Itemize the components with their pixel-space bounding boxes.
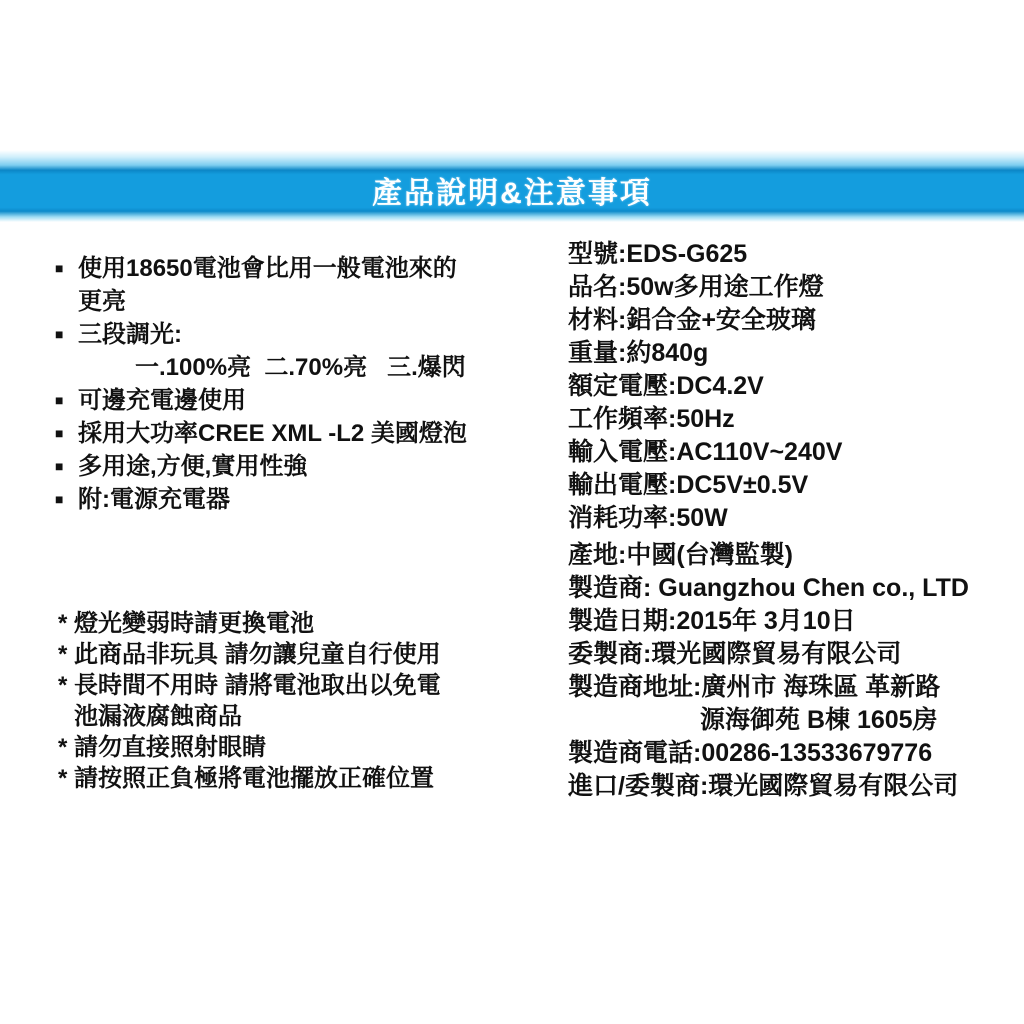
bullet-square-icon: ■ [55,450,78,483]
spec-mfg-date: 製造日期:2015年 3月10日 [568,605,1018,638]
list-item: * 請按照正負極將電池擺放正確位置 [58,763,518,794]
spec-power: 消耗功率:50W [568,502,1018,535]
feature-text: 使用18650電池會比用一般電池來的更亮 [78,252,510,318]
bullet-square-icon: ■ [55,252,78,285]
spec-manufacturer: 製造商: Guangzhou Chen co., LTD [568,572,1018,605]
dimming-modes-line: 一.100%亮 二.70%亮 三.爆閃 [55,351,510,384]
list-item: ■ 採用大功率CREE XML -L2 美國燈泡 [55,417,510,450]
precaution-text: 燈光變弱時請更換電池 [74,608,518,639]
list-item: * 請勿直接照射眼睛 [58,732,518,763]
list-item: ■ 使用18650電池會比用一般電池來的更亮 [55,252,510,318]
feature-text: 可邊充電邊使用 [78,384,510,417]
asterisk-marker: * [58,608,74,639]
spec-model: 型號:EDS-G625 [568,238,1018,271]
bullet-square-icon: ■ [55,384,78,417]
feature-text: 多用途,方便,實用性強 [78,450,510,483]
bullet-square-icon: ■ [55,417,78,450]
feature-text: 一.100%亮 二.70%亮 三.爆閃 [78,351,510,384]
precaution-list: * 燈光變弱時請更換電池 * 此商品非玩具 請勿讓兒童自行使用 * 長時間不用時… [58,608,518,794]
page-title: 產品說明&注意事項 [372,160,652,212]
precaution-text: 請勿直接照射眼睛 [74,732,518,763]
asterisk-marker: * [58,732,74,763]
list-item: ■ 多用途,方便,實用性強 [55,450,510,483]
spec-weight: 重量:約840g [568,337,1018,370]
feature-text: 採用大功率CREE XML -L2 美國燈泡 [78,417,510,450]
asterisk-marker: * [58,763,74,794]
spec-output-voltage: 輸出電壓:DC5V±0.5V [568,469,1018,502]
spec-commissioner: 委製商:環光國際貿易有限公司 [568,638,1018,671]
precaution-text: 此商品非玩具 請勿讓兒童自行使用 [74,639,518,670]
precaution-text: 請按照正負極將電池擺放正確位置 [74,763,518,794]
list-item: ■ 三段調光: [55,318,510,351]
list-item: * 長時間不用時 請將電池取出以免電池漏液腐蝕商品 [58,670,518,732]
spec-list: 型號:EDS-G625 品名:50w多用途工作燈 材料:鋁合金+安全玻璃 重量:… [568,238,1018,803]
spec-mfg-address-line2: 源海御苑 B棟 1605房 [568,704,1018,737]
spec-mfg-phone: 製造商電話:00286-13533679776 [568,737,1018,770]
spec-input-voltage: 輸入電壓:AC110V~240V [568,436,1018,469]
list-item: ■ 附:電源充電器 [55,483,510,516]
bullet-square-icon: ■ [55,318,78,351]
spec-frequency: 工作頻率:50Hz [568,403,1018,436]
list-item: ■ 可邊充電邊使用 [55,384,510,417]
spec-material: 材料:鋁合金+安全玻璃 [568,304,1018,337]
spec-mfg-address: 製造商地址:廣州市 海珠區 革新路 [568,671,1018,704]
asterisk-marker: * [58,670,74,701]
spec-origin: 產地:中國(台灣監製) [568,539,1018,572]
asterisk-marker: * [58,639,74,670]
bullet-square-icon: ■ [55,483,78,516]
list-item: * 燈光變弱時請更換電池 [58,608,518,639]
spec-rated-voltage: 額定電壓:DC4.2V [568,370,1018,403]
list-item: * 此商品非玩具 請勿讓兒童自行使用 [58,639,518,670]
spec-importer: 進口/委製商:環光國際貿易有限公司 [568,770,1018,803]
header-bar: 產品說明&注意事項 [0,150,1024,222]
feature-text: 附:電源充電器 [78,483,510,516]
precaution-text: 長時間不用時 請將電池取出以免電池漏液腐蝕商品 [74,670,518,732]
feature-text: 三段調光: [78,318,510,351]
spec-product-name: 品名:50w多用途工作燈 [568,271,1018,304]
feature-list: ■ 使用18650電池會比用一般電池來的更亮 ■ 三段調光: 一.100%亮 二… [55,252,510,516]
